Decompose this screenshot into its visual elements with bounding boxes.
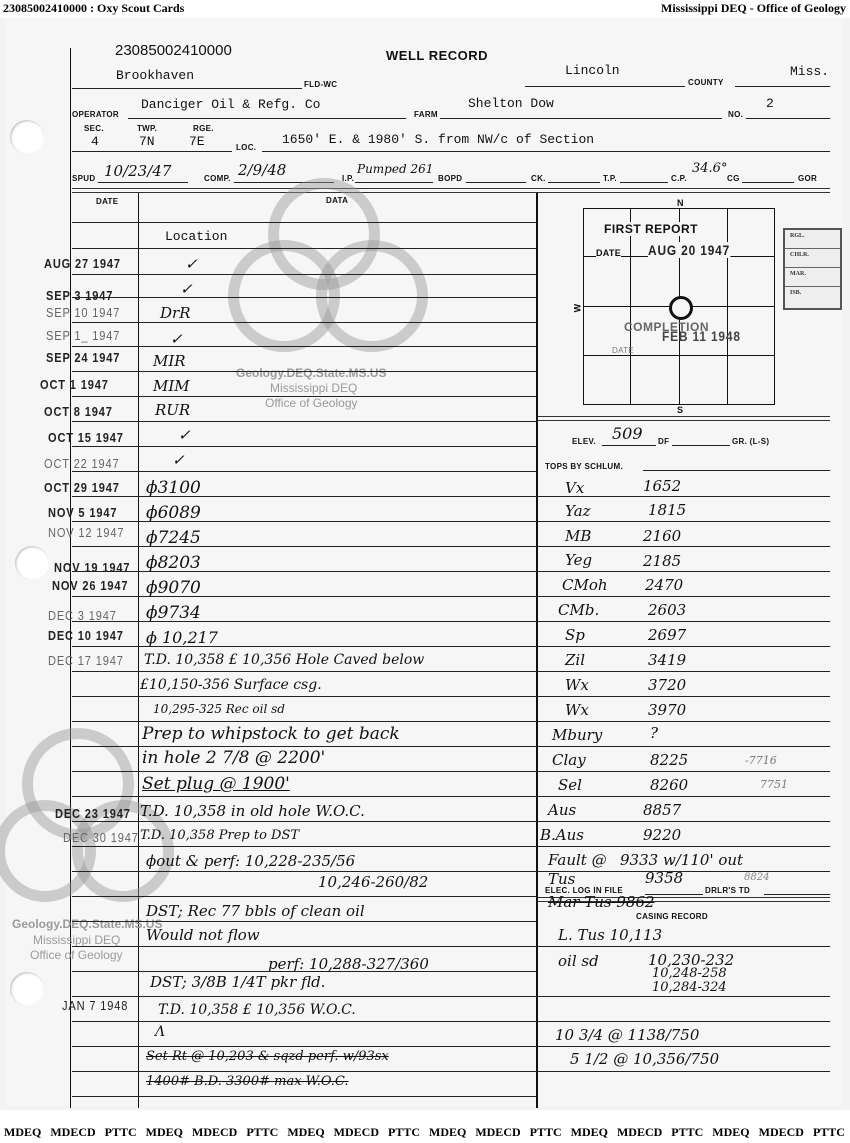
top-name: Wx [565,676,589,694]
gor-label: GOR [798,174,817,183]
row-rule [72,274,536,275]
spud-label: SPUD [72,174,95,183]
document-title: 23085002410000 : Oxy Scout Cards [3,1,184,16]
row-rule [72,971,536,972]
row-rule [538,596,830,597]
rule [538,1046,830,1047]
watermark-url: Geology.DEQ.State.MS.US [236,366,386,380]
api-number: 23085002410000 [115,42,232,59]
row-rule [72,471,536,472]
top-depth: 9220 [643,826,681,844]
row-rule [72,721,536,722]
rule [355,182,433,183]
bopd-label: BOPD [438,174,462,183]
row-rule [538,721,830,722]
row-rule [72,421,536,422]
rule [620,182,668,183]
watermark-org: Mississippi DEQ [270,381,357,395]
casing-string: 5 1/2 @ 10,356/750 [570,1050,719,1068]
south-label: S [677,405,683,415]
log-date: JAN 7 1948 [62,998,128,1013]
source-title: Mississippi DEQ - Office of Geology [661,1,846,16]
top-name: Mbury [552,726,602,744]
county-name: Lincoln [565,63,620,78]
rule [262,151,830,152]
farm-label: FARM [414,110,438,119]
log-data: DST; Rec 77 bbls of clean oil [146,902,365,920]
row-rule [72,1096,536,1097]
row-rule [72,1046,536,1047]
top-depth: 8857 [643,801,681,819]
rule [72,88,302,89]
log-data: MIR [153,352,186,370]
mar-tus: Mar Tus 9862 [548,893,655,911]
log-data: T.D. 10,358 Prep to DST [140,828,299,843]
log-date: NOV 26 1947 [52,578,128,593]
log-data: ✓ [172,451,185,469]
row-rule [72,946,536,947]
cg-label: CG [727,174,740,183]
field-name: Brookhaven [116,68,194,83]
row-rule [538,821,830,822]
top-name: Fault @ [548,851,607,869]
row-rule [538,521,830,522]
double-rule [538,416,830,421]
page-header: 23085002410000 : Oxy Scout Cards Mississ… [0,0,850,18]
operator-name: Danciger Oil & Refg. Co [141,97,320,112]
top-depth: 3970 [648,701,686,719]
log-data: ✓ [185,255,198,273]
rule [602,445,656,446]
oil-sd-label: oil sd [558,952,599,970]
row-rule [538,771,830,772]
log-data: ✓ [178,426,191,444]
first-report-label: FIRST REPORT [604,222,698,236]
watermark-office: Office of Geology [265,396,358,410]
well-location-marker [669,296,693,320]
well-number: 2 [766,96,774,111]
sec-label: SEC. [84,124,104,133]
first-report-date-label: DATE [596,248,621,258]
top-depth: 9358 [645,869,683,887]
row-rule [72,871,536,872]
row-rule [72,671,536,672]
top-depth: 3720 [648,676,686,694]
spud-date: 10/23/47 [104,162,171,180]
double-rule [72,188,830,193]
approval-initials-box: RGL. CHLR. MAR. ISB. [783,228,842,310]
rule [525,86,685,87]
top-name: Vx [565,479,584,497]
north-label: N [677,198,684,208]
row-rule [72,771,536,772]
row-rule [538,846,830,847]
row-rule [538,696,830,697]
log-data-struck: 1400# B.D. 3300# max W.O.C. [146,1074,349,1089]
row-rule [538,546,830,547]
log-date: SEP 10 1947 [46,305,120,320]
elev-label: ELEV. [572,437,596,446]
log-data: ϕ6089 [146,503,201,523]
top-name: CMb. [558,601,599,619]
row-rule [72,371,536,372]
location-description: 1650' E. & 1980' S. from NW/c of Section [282,132,594,147]
log-date: OCT 8 1947 [44,404,113,419]
tops-label: TOPS BY SCHLUM. [545,462,623,471]
top-depth: 8225 [650,751,688,769]
top-depth: ? [650,724,658,742]
log-data: ϕ9734 [146,603,201,623]
row-rule [72,996,536,997]
log-date: SEP 3 1947 [46,288,113,303]
completion-date: 2/9/48 [238,161,286,179]
casing-pressure: 34.6° [692,161,727,176]
top-depth: 2603 [648,601,686,619]
log-data: ϕ3100 [146,478,201,498]
approval-isb: ISB. [785,287,840,306]
row-rule [538,671,830,672]
log-date: AUG 27 1947 [44,256,121,271]
log-data: 10,295-325 Rec oil sd [153,702,285,716]
top-name: Yaz [565,502,591,520]
comp-label: COMP. [204,174,231,183]
row-rule [72,346,536,347]
top-depth: 2160 [643,527,681,545]
rule [440,118,722,119]
row-rule [72,896,536,897]
log-data: Λ [155,1024,165,1040]
field-label: FLD-WC [304,80,337,89]
data-column-rule [536,193,538,1108]
elevation-value: 509 [612,424,643,443]
row-rule [72,646,536,647]
rule [538,946,830,947]
ck-label: CK. [531,174,546,183]
log-data: T.D. 10,358 £ 10,356 Hole Caved below [144,652,424,668]
completion-date-label: DATE [612,346,634,355]
log-data: ϕout & perf: 10,228-235/56 [146,852,355,870]
top-subsea: 8824 [744,872,769,883]
farm-name: Shelton Dow [468,96,554,111]
row-rule [538,871,830,872]
county-label: COUNTY [688,78,724,87]
log-data: DrR [160,304,191,322]
township: 7N [139,134,155,149]
row-rule [72,396,536,397]
log-data: in hole 2 7/8 @ 2200' [142,748,325,768]
watermark-org: Mississippi DEQ [33,933,120,947]
date-header: DATE [96,197,118,206]
log-date: DEC 30 1947 [63,830,139,845]
operator-label: OPERATOR [72,110,119,119]
df-label: DF [658,437,669,446]
punch-hole [10,972,44,1006]
row-rule [72,322,536,323]
tp-label: T.P. [603,174,617,183]
row-rule [72,297,536,298]
log-data: T.D. 10,358 in old hole W.O.C. [140,802,365,820]
log-date: SEP 1_ 1947 [46,328,120,343]
log-date: NOV 12 1947 [48,525,124,540]
approval-chlr: CHLR. [785,249,840,268]
row-rule [72,496,536,497]
cp-label: C.P. [671,174,687,183]
log-data: Prep to whipstock to get back [142,724,400,744]
row-rule [538,571,830,572]
top-depth: 3419 [648,651,686,669]
log-data: 10,246-260/82 [318,873,428,891]
casing-record-label: CASING RECORD [636,912,708,921]
l-tus: L. Tus 10,113 [558,926,662,944]
log-date: NOV 5 1947 [48,505,117,520]
top-subsea: 7751 [760,778,788,791]
watermark-office: Office of Geology [30,948,123,962]
rule [128,118,406,119]
row-rule [72,1021,536,1022]
oil-sd-interval: 10,284-324 [652,980,727,995]
row-rule [538,796,830,797]
log-data: RUR [155,401,190,419]
oil-sd-interval: 10,248-258 [652,966,727,981]
log-data: Set plug @ 1900' [142,774,290,794]
log-date: OCT 29 1947 [44,480,120,495]
log-date: NOV 19 1947 [54,560,130,575]
rule [72,151,232,152]
rule [466,182,526,183]
row-rule [538,746,830,747]
form-title: WELL RECORD [386,48,488,63]
top-depth: 9333 w/110' out [620,851,743,869]
row-rule [72,696,536,697]
rule [98,182,188,183]
top-name: Clay [552,751,586,769]
rule [538,996,830,997]
rule [548,182,600,183]
approval-mar: MAR. [785,268,840,287]
log-date: DEC 10 1947 [48,628,124,643]
rule [746,118,830,119]
top-name: Sel [558,776,582,794]
initial-production: Pumped 261 [357,162,433,176]
row-rule [72,248,536,249]
row-rule [72,596,536,597]
row-rule [72,796,536,797]
log-date: OCT 1 1947 [40,377,109,392]
top-depth: 2697 [648,626,686,644]
first-report-date: AUG 20 1947 [648,242,730,258]
approval-rgl: RGL. [785,230,840,249]
row-rule [72,222,536,223]
row-rule [72,446,536,447]
top-name: Yeg [565,551,592,569]
log-data: ϕ7245 [146,528,201,548]
casing-string: 10 3/4 @ 1138/750 [555,1026,699,1044]
west-label: W [572,304,582,313]
top-name: CMoh [562,576,608,594]
top-name: B.Aus [540,826,584,844]
log-date: DEC 17 1947 [48,653,124,668]
row-rule [538,646,830,647]
drlr-td-label: DRLR'S TD [705,886,750,895]
top-name: MB [565,527,591,545]
row-rule [72,846,536,847]
row-rule [72,571,536,572]
state: Miss. [790,64,829,79]
punch-hole [10,120,44,154]
log-data: £10,150-356 Surface csg. [140,677,322,693]
section: 4 [91,134,99,149]
log-data: ϕ9070 [146,578,201,598]
row-rule [72,621,536,622]
log-data: Would not flow [146,926,260,944]
punch-hole [15,546,49,580]
rule [672,445,730,446]
well-no-label: NO. [728,110,743,119]
rule [643,470,830,471]
watermark-url: Geology.DEQ.State.MS.US [12,917,162,931]
row-rule [72,746,536,747]
top-depth: 1652 [643,477,681,495]
rule [742,182,794,183]
log-data: ✓ [180,280,193,298]
row-rule [72,1071,536,1072]
log-data: ϕ8203 [146,553,201,573]
top-name: Sp [565,626,585,644]
top-depth: 2470 [645,576,683,594]
log-data-struck: Set Rt @ 10,203 & sqzd perf. w/93sx [146,1049,389,1064]
log-data: ϕ 10,217 [146,628,218,647]
top-subsea: -7716 [745,754,777,767]
top-depth: 1815 [648,501,686,519]
completion-date: FEB 11 1948 [662,328,741,344]
row-rule [72,921,536,922]
rule [538,1071,830,1072]
rule [735,86,830,87]
log-data: MIM [153,377,190,395]
top-name: Aus [548,801,576,819]
twp-label: TWP. [137,124,157,133]
range: 7E [189,134,205,149]
log-data: Location [165,229,227,244]
top-depth: 2185 [643,552,681,570]
loc-label: LOC. [236,143,256,152]
log-data: DST; 3/8B 1/4T pkr fld. [150,973,325,991]
rule [538,1021,830,1022]
log-date: OCT 15 1947 [48,430,124,445]
row-rule [538,621,830,622]
footer-banner: MDEQ MDECD PTTC MDEQ MDECD PTTC MDEQ MDE… [0,1125,850,1143]
row-rule [72,821,536,822]
log-date: SEP 24 1947 [46,350,120,365]
rge-label: RGE. [193,124,214,133]
top-name: Wx [565,701,589,719]
log-date: DEC 23 1947 [55,806,131,821]
top-name: Zil [565,651,585,669]
gr-label: GR. (L-S) [732,437,769,446]
row-rule [72,546,536,547]
log-date: OCT 22 1947 [44,456,119,471]
log-data: T.D. 10,358 £ 10,356 W.O.C. [158,1002,356,1018]
row-rule [72,521,536,522]
top-depth: 8260 [650,776,688,794]
rule [764,894,830,895]
